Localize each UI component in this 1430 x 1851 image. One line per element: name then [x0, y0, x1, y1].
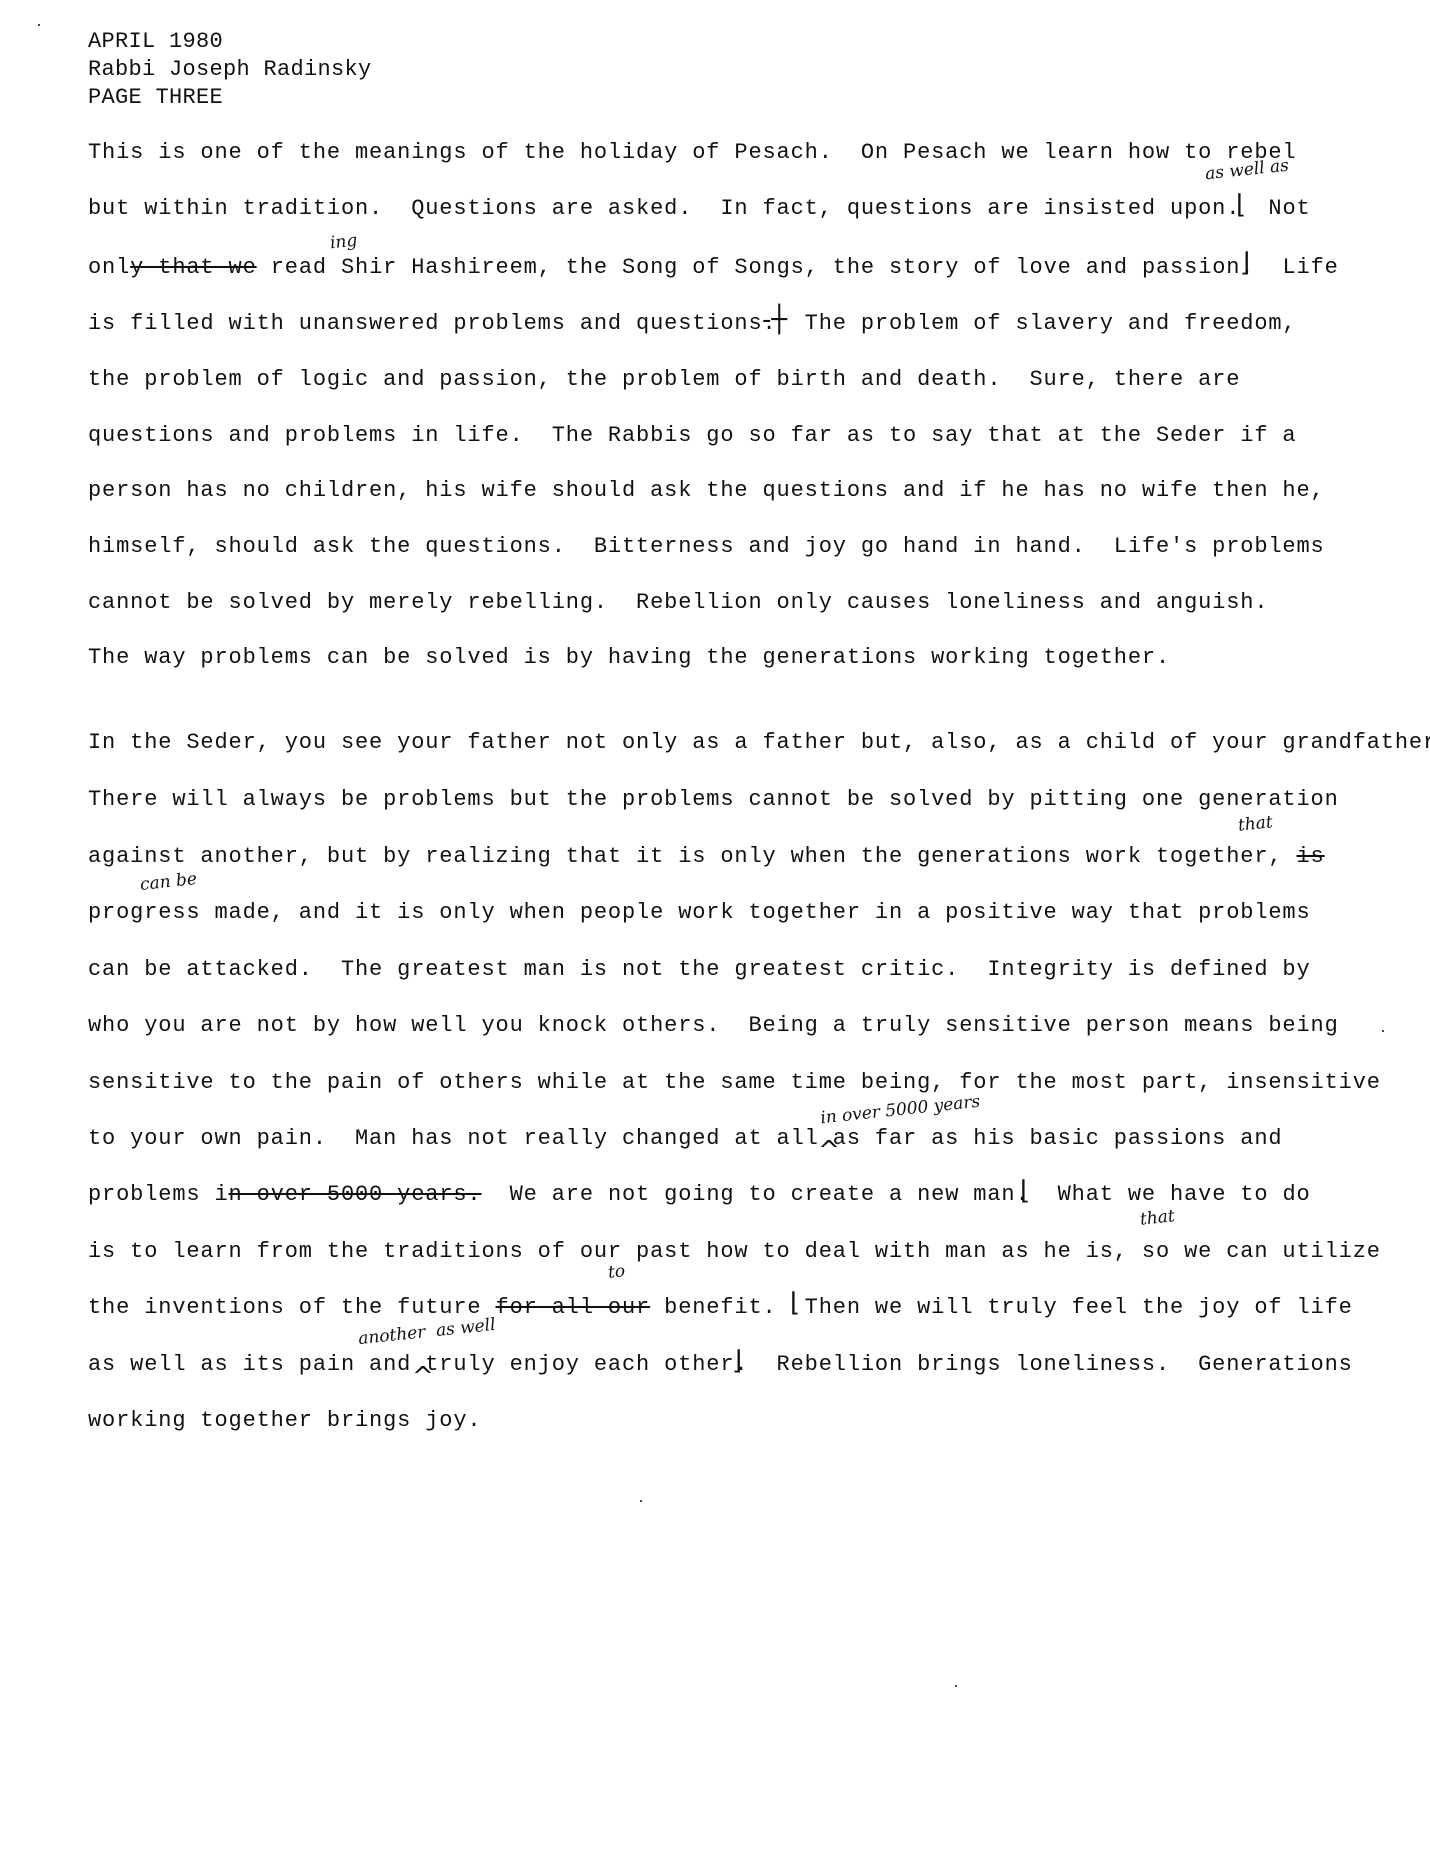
line-text: Not [1268, 196, 1310, 221]
line-text: questions and problems in life. The Rabb… [88, 423, 1296, 448]
line-text: There will always be problems but the pr… [88, 787, 1339, 812]
line-text: benefit. Then we will truly feel the joy… [650, 1295, 1353, 1320]
text-line: In the Seder, you see your father not on… [88, 730, 1430, 756]
page-header: APRIL 1980 Rabbi Joseph Radinsky PAGE TH… [88, 28, 372, 112]
line-text: who you are not by how well you knock ot… [88, 1013, 1339, 1038]
line-text: read Shir Hashireem, the Song of Songs, … [257, 255, 1339, 280]
scan-speck [955, 1685, 957, 1687]
struck-through-text: is [1296, 844, 1324, 869]
text-line: who you are not by how well you knock ot… [88, 1013, 1339, 1039]
line-text: is to learn from the traditions of our p… [88, 1239, 1381, 1264]
scan-speck [1382, 1030, 1384, 1032]
line-text: the problem of logic and passion, the pr… [88, 367, 1240, 392]
text-line: working together brings joy. [88, 1408, 481, 1434]
line-text: as well as its pain and truly enjoy each… [88, 1352, 1353, 1377]
line-text: but within tradition. Questions are aske… [88, 196, 1268, 221]
header-author: Rabbi Joseph Radinsky [88, 56, 372, 84]
line-text: cannot be solved by merely rebelling. Re… [88, 590, 1268, 615]
struck-through-text: n over 5000 years. [229, 1182, 482, 1207]
text-line: The way problems can be solved is by hav… [88, 645, 1170, 671]
text-line: the inventions of the future for all our… [88, 1295, 1353, 1321]
handwritten-note-can-be: can be [139, 869, 198, 895]
line-text: person has no children, his wife should … [88, 478, 1325, 503]
scan-speck [38, 24, 40, 26]
line-text: to your own pain. Man has not really cha… [88, 1126, 1282, 1151]
text-line: against another, but by realizing that i… [88, 844, 1325, 870]
header-page-number: PAGE THREE [88, 84, 372, 112]
text-line: sensitive to the pain of others while at… [88, 1070, 1381, 1096]
line-text: can be attacked. The greatest man is not… [88, 957, 1311, 982]
text-line: as well as its pain and truly enjoy each… [88, 1352, 1353, 1378]
handwritten-note-to: to [607, 1261, 626, 1283]
line-text: progress made, and it is only when peopl… [88, 900, 1311, 925]
text-line: to your own pain. Man has not really cha… [88, 1126, 1282, 1152]
text-line: is filled with unanswered problems and q… [88, 311, 1296, 337]
struck-through-text: y that we [130, 255, 256, 280]
line-text: working together brings joy. [88, 1408, 481, 1433]
text-line: is to learn from the traditions of our p… [88, 1239, 1381, 1265]
line-text: In the Seder, you see your father not on… [88, 730, 1430, 755]
text-line: can be attacked. The greatest man is not… [88, 957, 1311, 983]
line-text: himself, should ask the questions. Bitte… [88, 534, 1325, 559]
line-text: the inventions of the future [88, 1295, 496, 1320]
dash-t-questions-icon: ‑┼ [762, 305, 787, 335]
scan-speck [640, 1500, 642, 1502]
header-date: APRIL 1980 [88, 28, 372, 56]
caret-all-icon: ^ [818, 1136, 840, 1166]
line-text: against another, but by realizing that i… [88, 844, 1296, 869]
line-text: is filled with unanswered problems and q… [88, 311, 1296, 336]
struck-through-text: for all our [496, 1295, 651, 1320]
bracket-open-what-icon: ⌊ [1020, 1176, 1030, 1206]
handwritten-note-in-over-5000-years: in over 5000 years [819, 1092, 981, 1129]
bracket-open-not-icon: ⌊ [1236, 190, 1246, 220]
bracket-open-then-icon: ⌊ [790, 1288, 800, 1318]
text-line: person has no children, his wife should … [88, 478, 1325, 504]
text-line: cannot be solved by merely rebelling. Re… [88, 590, 1268, 616]
handwritten-note-that-2: that [1139, 1206, 1176, 1230]
text-line: problems in over 5000 years. We are not … [88, 1182, 1311, 1208]
text-line: questions and problems in life. The Rabb… [88, 423, 1296, 449]
bracket-close-other-icon: ⌋ [732, 1346, 742, 1376]
text-line: but within tradition. Questions are aske… [88, 196, 1311, 222]
document-page: APRIL 1980 Rabbi Joseph Radinsky PAGE TH… [0, 0, 1430, 1851]
text-line: only that we read Shir Hashireem, the So… [88, 255, 1339, 281]
line-text: sensitive to the pain of others while at… [88, 1070, 1381, 1095]
line-text: The way problems can be solved is by hav… [88, 645, 1170, 670]
text-line: the problem of logic and passion, the pr… [88, 367, 1240, 393]
handwritten-note-ing: ing [329, 231, 358, 254]
text-line: There will always be problems but the pr… [88, 787, 1339, 813]
line-text: problems i [88, 1182, 229, 1207]
line-text: onl [88, 255, 130, 280]
text-line: progress made, and it is only when peopl… [88, 900, 1311, 926]
line-text: This is one of the meanings of the holid… [88, 140, 1296, 165]
line-text: We are not going to create a new man. Wh… [481, 1182, 1310, 1207]
text-line: himself, should ask the questions. Bitte… [88, 534, 1325, 560]
handwritten-note-that-1: that [1237, 812, 1274, 836]
text-line: This is one of the meanings of the holid… [88, 140, 1296, 166]
bracket-close-passion-icon: ⌋ [1240, 248, 1250, 278]
caret-and-icon: ^ [412, 1362, 434, 1392]
